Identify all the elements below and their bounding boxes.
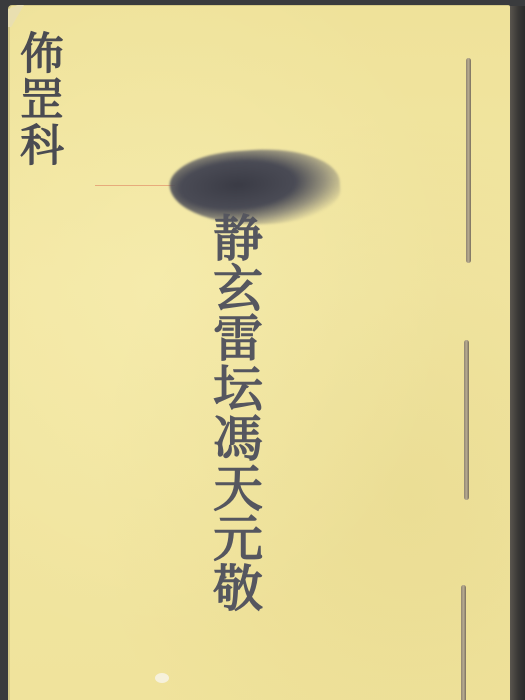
main-inscription: 静玄雷坛馮天元敬	[197, 212, 267, 612]
paper-speck	[155, 673, 169, 683]
binding-stitch-3	[461, 585, 466, 700]
red-mark	[95, 185, 175, 186]
binding-stitch-2	[464, 340, 469, 500]
binding-stitch-1	[466, 58, 471, 263]
side-title: 佈罡科	[12, 30, 66, 168]
